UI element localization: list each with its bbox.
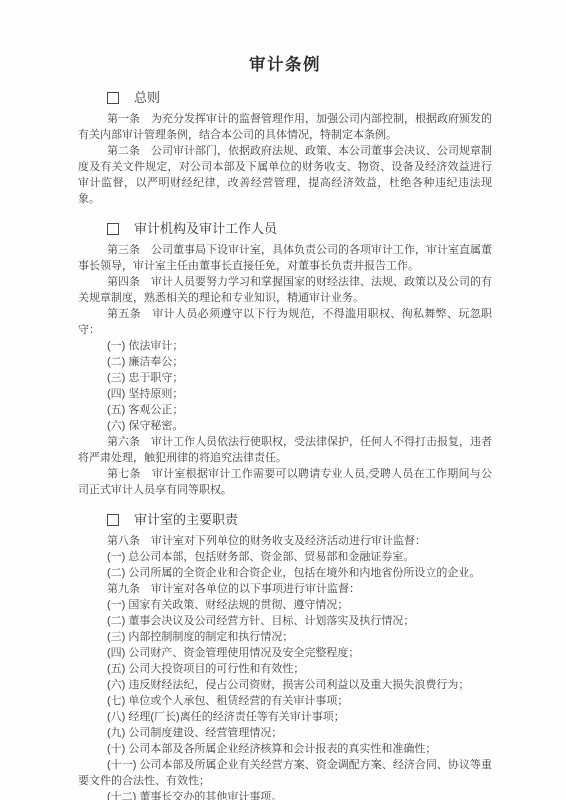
paragraph: (十二) 董事长交办的其他审计事项。 [78, 789, 492, 800]
section: 总则第一条 为充分发挥审计的监督管理作用，加强公司内部控制，根据政府颁发的有关内… [78, 89, 492, 207]
paragraph: (三) 内部控制制度的制定和执行情况； [78, 629, 492, 645]
section-body: 第三条 公司董事局下设审计室，具体负责公司的各项审计工作，审计室直属董事长领导，… [78, 242, 492, 498]
section-heading-label: 审计机构及审计工作人员 [134, 220, 277, 238]
paragraph: (五) 客观公正； [78, 402, 492, 418]
paragraph: 第二条 公司审计部门，依据政府法规、政策、本公司董事会决议、公司规章制度及有关文… [78, 143, 492, 207]
checkbox-square-icon [107, 92, 119, 104]
paragraph: 第四条 审计人员要努力学习和掌握国家的财经法律、法规、政策以及公司的有关规章制度… [78, 274, 492, 306]
paragraph: (五) 公司大投资项目的可行性和有效性； [78, 661, 492, 677]
paragraph: 第五条 审计人员必须遵守以下行为规范，不得滥用职权、徇私舞弊、玩忽职守： [78, 306, 492, 338]
document-title: 审计条例 [78, 55, 492, 75]
section-body: 第八条 审计室对下列单位的财务收支及经济活动进行审计监督：(一) 总公司本部，包… [78, 533, 492, 800]
paragraph: (一) 依法审计； [78, 338, 492, 354]
section-heading: 审计室的主要职责 [78, 511, 492, 529]
paragraph: (七) 单位或个人承包、租赁经营的有关审计事项； [78, 693, 492, 709]
paragraph: (一) 总公司本部，包括财务部、资金部、贸易部和金融证券室。 [78, 549, 492, 565]
paragraph: (十一) 公司本部及所属企业有关经营方案、资金调配方案、经济合同、协议等重要文件… [78, 757, 492, 789]
paragraph: (一) 国家有关政策、财经法规的贯彻、遵守情况； [78, 597, 492, 613]
paragraph: (二) 公司所属的全资企业和合资企业，包括在境外和内地省份所设立的企业。 [78, 565, 492, 581]
paragraph: 第七条 审计室根据审计工作需要可以聘请专业人员,受聘人员在工作期间与公司正式审计… [78, 466, 492, 498]
section: 审计室的主要职责第八条 审计室对下列单位的财务收支及经济活动进行审计监督：(一)… [78, 511, 492, 800]
section-heading: 审计机构及审计工作人员 [78, 220, 492, 238]
paragraph: (四) 坚持原则； [78, 386, 492, 402]
paragraph: (二) 董事会决议及公司经营方针、目标、计划落实及执行情况； [78, 613, 492, 629]
section-heading: 总则 [78, 89, 492, 107]
paragraph: 第六条 审计工作人员依法行使职权，受法律保护，任何人不得打击报复，违者将严肃处理… [78, 434, 492, 466]
paragraph: (六) 保守秘密。 [78, 418, 492, 434]
section-heading-label: 审计室的主要职责 [134, 511, 238, 529]
document-body: 总则第一条 为充分发挥审计的监督管理作用，加强公司内部控制，根据政府颁发的有关内… [78, 89, 492, 800]
checkbox-square-icon [107, 514, 119, 526]
paragraph: 第一条 为充分发挥审计的监督管理作用，加强公司内部控制，根据政府颁发的有关内部审… [78, 111, 492, 143]
paragraph: (二) 廉洁奉公； [78, 354, 492, 370]
section-heading-label: 总则 [134, 89, 160, 107]
paragraph: (八) 经理(厂长)离任的经济责任等有关审计事项； [78, 709, 492, 725]
paragraph: 第八条 审计室对下列单位的财务收支及经济活动进行审计监督： [78, 533, 492, 549]
checkbox-square-icon [107, 223, 119, 235]
section-body: 第一条 为充分发挥审计的监督管理作用，加强公司内部控制，根据政府颁发的有关内部审… [78, 111, 492, 207]
paragraph: (三) 忠于职守； [78, 370, 492, 386]
paragraph: 第三条 公司董事局下设审计室，具体负责公司的各项审计工作，审计室直属董事长领导，… [78, 242, 492, 274]
section: 审计机构及审计工作人员第三条 公司董事局下设审计室，具体负责公司的各项审计工作，… [78, 220, 492, 498]
paragraph: 第九条 审计室对各单位的以下事项进行审计监督： [78, 581, 492, 597]
paragraph: (六) 违反财经法纪，侵占公司资财，损害公司利益以及重大损失浪费行为； [78, 677, 492, 693]
document-page: 审计条例 总则第一条 为充分发挥审计的监督管理作用，加强公司内部控制，根据政府颁… [0, 0, 566, 800]
paragraph: (九) 公司制度建设、经营管理情况； [78, 725, 492, 741]
paragraph: (十) 公司本部及各所属企业经济核算和会计报表的真实性和准确性； [78, 741, 492, 757]
paragraph: (四) 公司财产、资金管理使用情况及安全完整程度； [78, 645, 492, 661]
